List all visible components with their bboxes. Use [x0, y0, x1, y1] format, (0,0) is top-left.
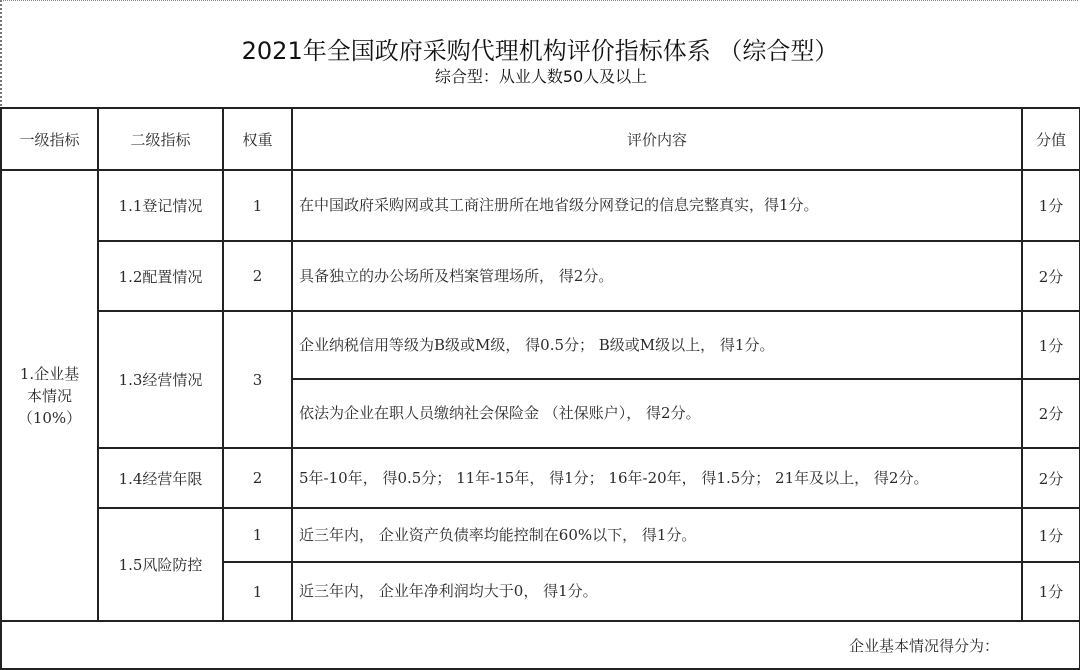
footer-row: 企业基本情况得分为：	[1, 621, 1080, 669]
level2-cell: 1.3经营情况	[98, 311, 223, 448]
weight-cell: 1	[223, 508, 292, 562]
weight-cell: 1	[223, 562, 292, 621]
score-cell: 2分	[1022, 241, 1080, 311]
level1-label-line3: （10%）	[2, 407, 97, 429]
table-row: 1.2配置情况 2 具备独立的办公场所及档案管理场所， 得2分。 2分	[1, 241, 1080, 311]
content-cell: 在中国政府采购网或其工商注册所在地省级分网登记的信息完整真实，得1分。	[292, 170, 1022, 241]
level1-label-line2: 本情况	[2, 385, 97, 407]
content-cell: 具备独立的办公场所及档案管理场所， 得2分。	[292, 241, 1022, 311]
score-cell: 1分	[1022, 508, 1080, 562]
level2-cell: 1.2配置情况	[98, 241, 223, 311]
document-title: 2021年全国政府采购代理机构评价指标体系 （综合型）	[2, 31, 1078, 66]
header-score: 分值	[1022, 108, 1080, 170]
header-weight: 权重	[223, 108, 292, 170]
level2-cell: 1.1登记情况	[98, 170, 223, 241]
score-cell: 2分	[1022, 379, 1080, 448]
level1-cell: 1.企业基 本情况 （10%）	[1, 170, 98, 621]
table-row: 1.4经营年限 2 5年-10年， 得0.5分； 11年-15年， 得1分； 1…	[1, 448, 1080, 508]
table-row: 1.企业基 本情况 （10%） 1.1登记情况 1 在中国政府采购网或其工商注册…	[1, 170, 1080, 241]
total-score-label: 企业基本情况得分为：	[1, 621, 1080, 669]
weight-cell: 3	[223, 311, 292, 448]
table-row: 1.3经营情况 3 企业纳税信用等级为B级或M级， 得0.5分； B级或M级以上…	[1, 311, 1080, 379]
content-cell: 5年-10年， 得0.5分； 11年-15年， 得1分； 16年-20年， 得1…	[292, 448, 1022, 508]
level1-label-line1: 1.企业基	[2, 363, 97, 385]
title-area: 2021年全国政府采购代理机构评价指标体系 （综合型） 综合型：从业人数50人及…	[0, 0, 1078, 106]
header-row: 一级指标 二级指标 权重 评价内容 分值	[1, 108, 1080, 170]
score-cell: 1分	[1022, 311, 1080, 379]
table-row: 1.5风险防控 1 近三年内， 企业资产负债率均能控制在60%以下， 得1分。 …	[1, 508, 1080, 562]
evaluation-table: 一级指标 二级指标 权重 评价内容 分值 1.企业基 本情况 （10%） 1.1…	[0, 107, 1080, 670]
content-cell: 近三年内， 企业年净利润均大于0， 得1分。	[292, 562, 1022, 621]
content-cell: 企业纳税信用等级为B级或M级， 得0.5分； B级或M级以上， 得1分。	[292, 311, 1022, 379]
document-subtitle: 综合型：从业人数50人及以上	[2, 64, 1078, 87]
score-cell: 2分	[1022, 448, 1080, 508]
header-level1: 一级指标	[1, 108, 98, 170]
score-cell: 1分	[1022, 562, 1080, 621]
score-cell: 1分	[1022, 170, 1080, 241]
content-cell: 依法为企业在职人员缴纳社会保险金 （社保账户）， 得2分。	[292, 379, 1022, 448]
header-content: 评价内容	[292, 108, 1022, 170]
header-level2: 二级指标	[98, 108, 223, 170]
weight-cell: 2	[223, 241, 292, 311]
level2-cell: 1.5风险防控	[98, 508, 223, 621]
content-cell: 近三年内， 企业资产负债率均能控制在60%以下， 得1分。	[292, 508, 1022, 562]
weight-cell: 2	[223, 448, 292, 508]
weight-cell: 1	[223, 170, 292, 241]
level2-cell: 1.4经营年限	[98, 448, 223, 508]
